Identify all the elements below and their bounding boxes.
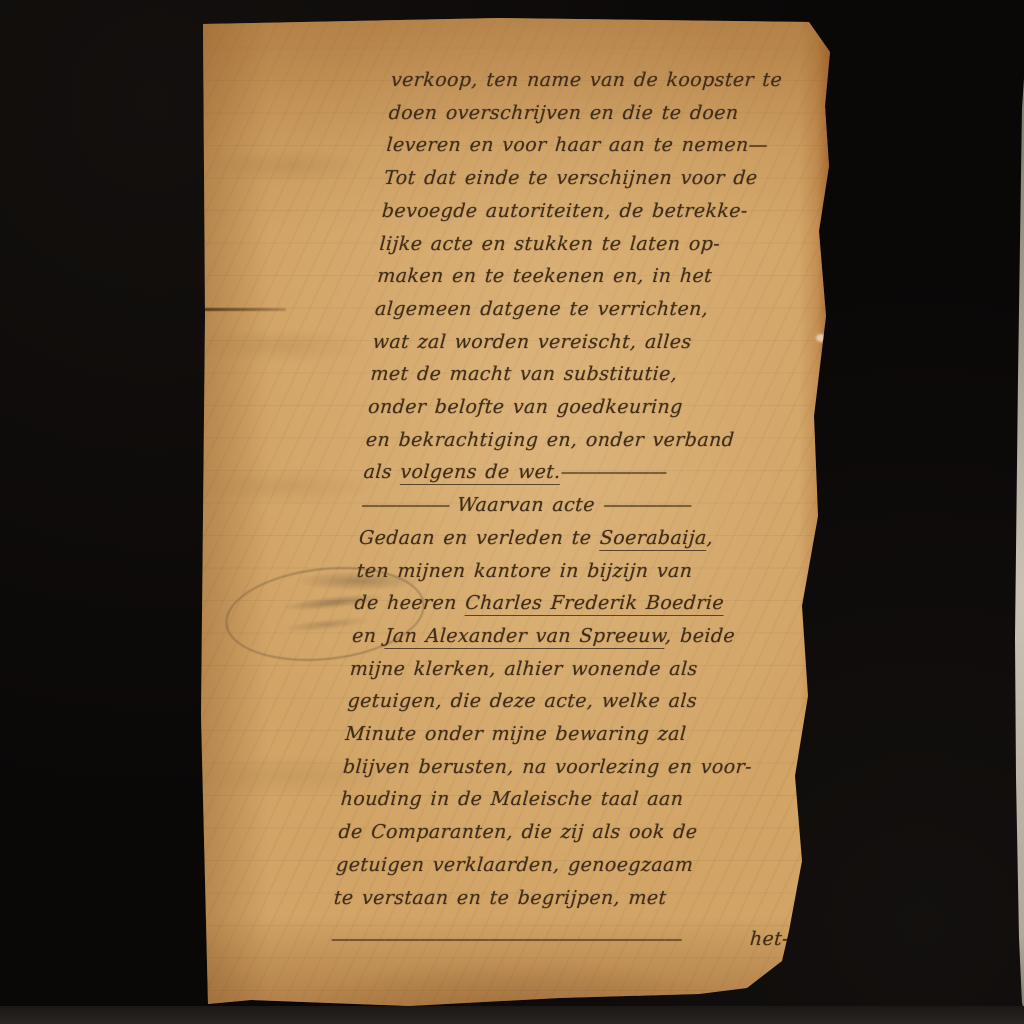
handwriting-text: de Comparanten, die zij als ook de [338, 821, 698, 843]
manuscript-line: ten mijnen kantore in bijzijn van [356, 555, 816, 588]
underlined-name: Charles Frederik Boedrie [464, 592, 724, 616]
handwriting-text: , [706, 527, 714, 549]
handwriting-text: onder belofte van goedkeuring [367, 396, 683, 418]
manuscript-line: de heeren Charles Frederik Boedrie [353, 587, 813, 620]
handwriting-text: getuigen verklaarden, genoegzaam [335, 854, 694, 876]
ink-rule: ————— [361, 494, 450, 516]
manuscript-line: en Jan Alexander van Spreeuw, beide [351, 620, 811, 653]
photo-edge-sliver [1012, 78, 1024, 1010]
photo-backdrop: verkoop, ten name van de koopster tedoen… [0, 0, 1024, 1024]
manuscript-line: onder belofte van goedkeuring [367, 391, 827, 424]
margin-pen-mark [202, 308, 286, 311]
manuscript-line: lijke acte en stukken te laten op- [378, 228, 838, 261]
manuscript-line: ————————————————————het- [330, 923, 790, 956]
handwriting-text: mijne klerken, alhier wonende als [349, 658, 698, 680]
handwriting-text: bevoegde autoriteiten, de betrekke- [381, 200, 748, 222]
table-surface-band [0, 1006, 1024, 1024]
manuscript-line: getuigen verklaarden, genoegzaam [335, 849, 795, 882]
manuscript-line: met de macht van substitutie, [369, 358, 829, 391]
manuscript-line: bevoegde autoriteiten, de betrekke- [381, 195, 841, 228]
manuscript-line: Gedaan en verleden te Soerabaija, [358, 522, 818, 555]
handwriting-text: Waarvan acte [448, 494, 604, 516]
manuscript-page: verkoop, ten name van de koopster tedoen… [199, 16, 833, 1006]
manuscript-line: te verstaan en te begrijpen, met [333, 882, 793, 915]
underlined-name: Soerabaija [599, 527, 708, 551]
manuscript-line: maken en te teekenen en, in het [376, 260, 836, 293]
manuscript-line: Tot dat einde te verschijnen voor de [383, 162, 843, 195]
manuscript-line: leveren en voor haar aan te nemen— [385, 129, 845, 162]
handwriting-text: houding in de Maleische taal aan [340, 788, 684, 810]
handwriting-text: algemeen datgene te verrichten, [374, 298, 709, 320]
manuscript-line: getuigen, die deze acte, welke als [346, 685, 806, 718]
manuscript-line: als volgens de wet.—————— [362, 456, 822, 489]
manuscript-line: verkoop, ten name van de koopster te [390, 64, 850, 97]
handwriting-text: met de macht van substitutie, [370, 363, 678, 385]
manuscript-line: ————— Waarvan acte ————— [360, 489, 820, 522]
manuscript-line: blijven berusten, na voorlezing en voor- [342, 751, 802, 784]
manuscript-line: houding in de Maleische taal aan [340, 783, 800, 816]
handwriting-text: Tot dat einde te verschijnen voor de [383, 167, 758, 189]
ink-rule: ————— [603, 494, 692, 516]
handwriting-text: , beide [665, 625, 736, 647]
underlined-name: Jan Alexander van Spreeuw [384, 625, 666, 649]
handwriting-text: wat zal worden vereischt, alles [372, 331, 692, 353]
ink-rule: —————— [560, 461, 667, 483]
handwriting-text: blijven berusten, na voorlezing en voor- [342, 756, 752, 778]
handwriting-text: verkoop, ten name van de koopster te [390, 69, 783, 91]
handwriting-text: het- [749, 923, 790, 956]
manuscript-line: mijne klerken, alhier wonende als [349, 653, 809, 686]
manuscript-lines: verkoop, ten name van de koopster tedoen… [330, 64, 850, 956]
handwriting-text: en bekrachtiging en, onder verband [365, 429, 735, 451]
handwriting-text: ten mijnen kantore in bijzijn van [356, 560, 693, 582]
manuscript-line: doen overschrijven en die te doen [388, 97, 848, 130]
manuscript-line: algemeen datgene te verrichten, [374, 293, 834, 326]
handwriting-text: te verstaan en te begrijpen, met [333, 887, 667, 909]
handwriting-text: Minute onder mijne bewaring zal [345, 723, 688, 745]
manuscript-line: en bekrachtiging en, onder verband [365, 424, 825, 457]
handwriting-text: en [351, 625, 385, 647]
manuscript-line: de Comparanten, die zij als ook de [337, 816, 797, 849]
manuscript-line: Minute onder mijne bewaring zal [344, 718, 804, 751]
handwriting-text: getuigen, die deze acte, welke als [347, 690, 698, 712]
handwriting-text: leveren en voor haar aan te nemen— [386, 134, 769, 156]
underlined-name: volgens de wet. [400, 461, 562, 485]
handwriting-text: Gedaan en verleden te [358, 527, 600, 549]
ink-rule: ———————————————————— [330, 923, 682, 956]
handwriting-text: als [363, 461, 401, 483]
handwriting-text: lijke acte en stukken te laten op- [379, 233, 721, 255]
handwriting-text: de heeren [354, 592, 466, 614]
handwriting-text: doen overschrijven en die te doen [388, 102, 739, 124]
manuscript-line: wat zal worden vereischt, alles [372, 326, 832, 359]
handwriting-text: maken en te teekenen en, in het [377, 265, 713, 287]
